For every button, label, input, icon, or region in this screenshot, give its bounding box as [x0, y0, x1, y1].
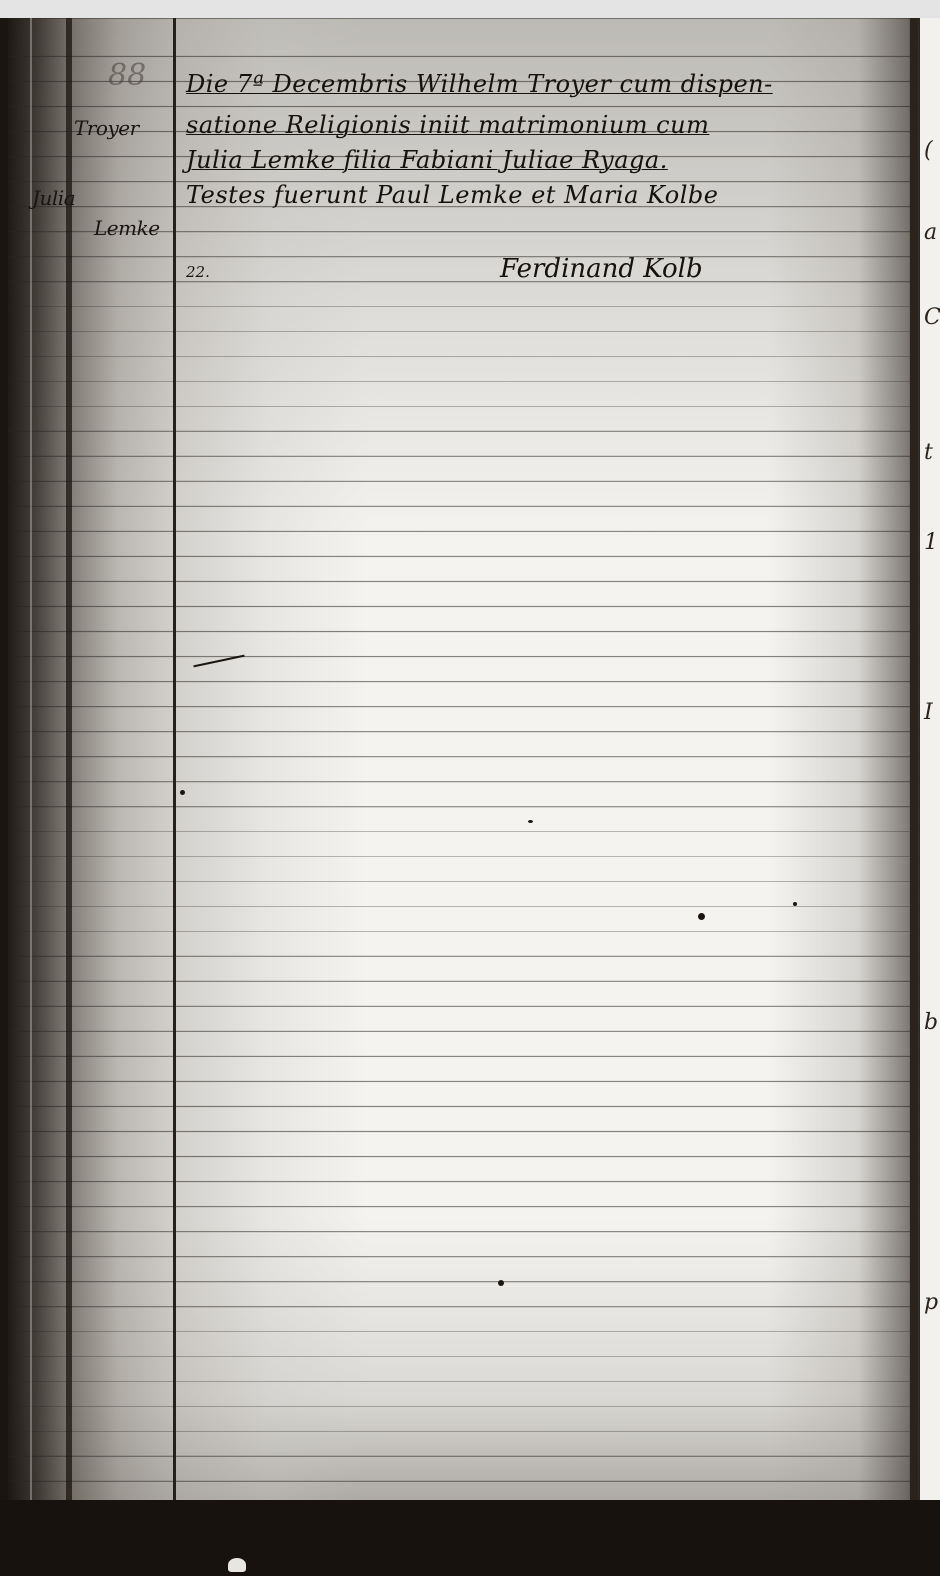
scan-artifact	[228, 1558, 246, 1572]
ink-speck	[180, 790, 185, 795]
entry-line-2: satione Religionis iniit matrimonium cum	[186, 111, 709, 139]
column-divider	[173, 18, 176, 1506]
entry-line-1: Die 7ª Decembris Wilhelm Troyer cum disp…	[186, 70, 773, 98]
margin-rule-1	[30, 18, 32, 1506]
ink-speck	[528, 820, 533, 823]
margin-groom-surname: Troyer	[74, 116, 139, 140]
scanner-top-band	[0, 0, 940, 18]
fragment: a	[924, 220, 937, 245]
margin-rule-2	[66, 18, 72, 1506]
adjacent-page-fragments: ( a C t 1 I b p	[922, 0, 940, 1576]
fragment: 1	[924, 530, 938, 555]
faint-page-number: 88	[108, 58, 146, 93]
fragment: b	[924, 1010, 938, 1035]
ink-speck	[698, 913, 705, 920]
ruled-lines	[8, 18, 920, 1506]
margin-bride-surname: Lemke	[94, 216, 160, 240]
entry-line-4: Testes fuerunt Paul Lemke et Maria Kolbe	[186, 181, 719, 209]
fragment: p	[924, 1290, 938, 1315]
gutter-edge	[910, 18, 918, 1518]
ink-speck	[793, 902, 797, 906]
fragment: C	[924, 305, 940, 330]
scanner-bottom-shadow	[0, 1500, 940, 1576]
margin-bride-first: Julia	[32, 186, 75, 210]
entry-line-3: Julia Lemke filia Fabiani Juliae Ryaga.	[186, 146, 668, 174]
ink-speck	[498, 1280, 504, 1286]
fragment: (	[924, 138, 933, 163]
priest-signature: Ferdinand Kolb	[500, 254, 703, 284]
fragment: I	[924, 700, 933, 725]
register-page: 88 Troyer Julia Lemke Die 7ª Decembris W…	[8, 18, 920, 1506]
entry-number: 22.	[186, 263, 210, 281]
fragment: t	[924, 440, 933, 465]
